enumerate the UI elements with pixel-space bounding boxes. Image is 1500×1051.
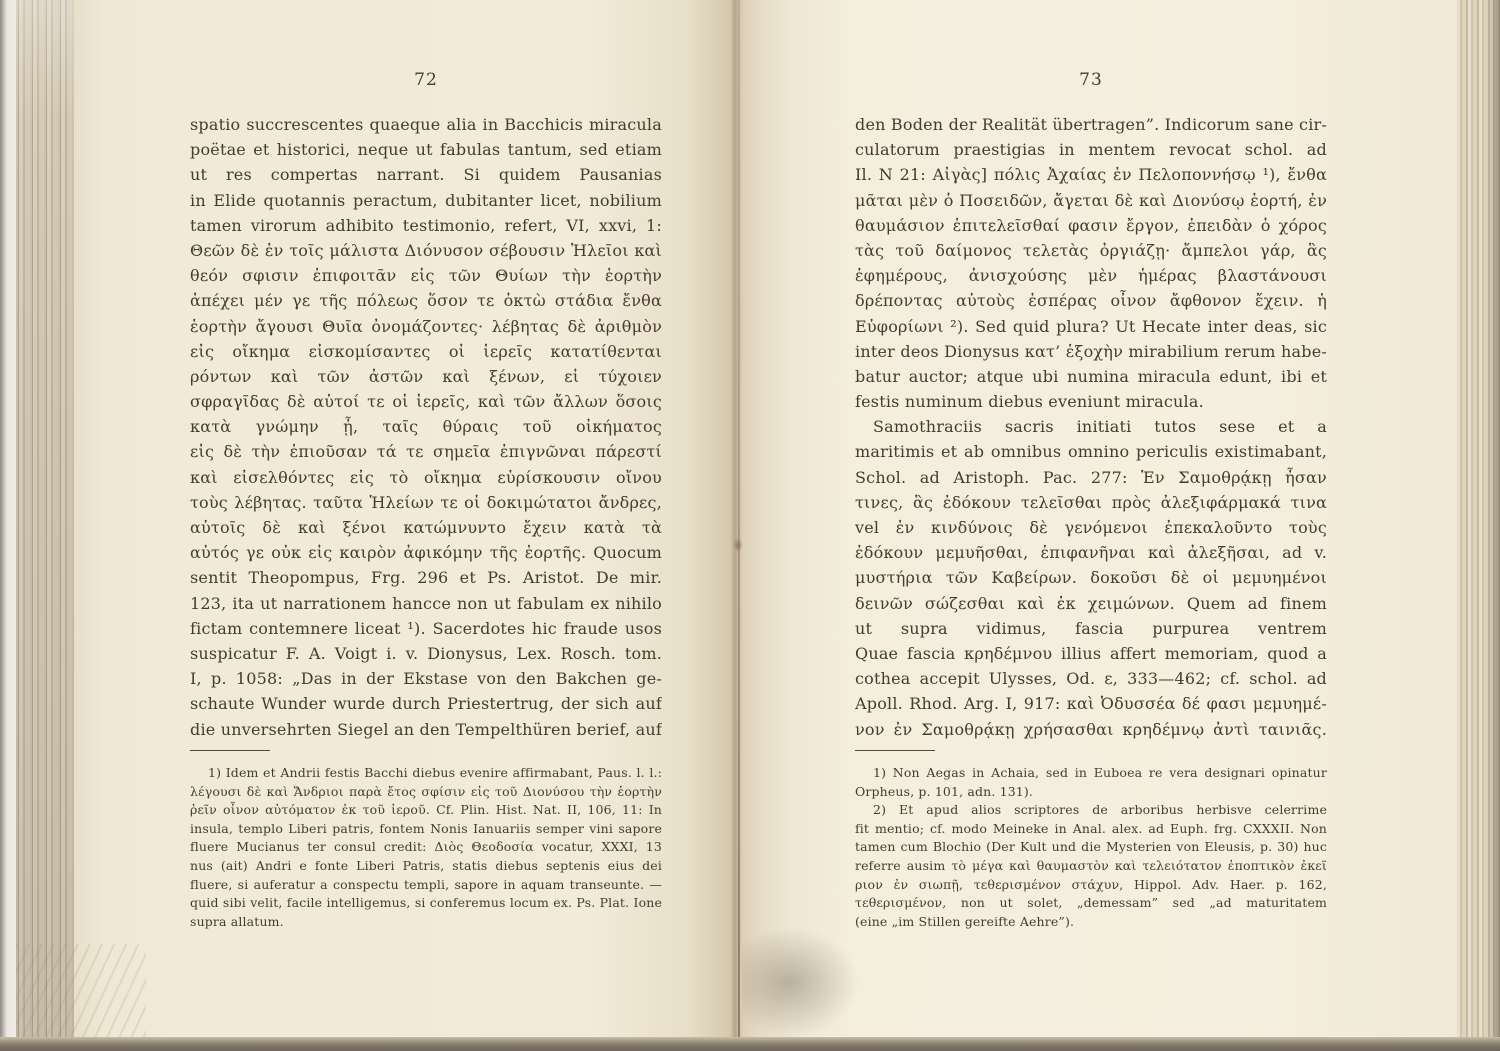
body-text-left-line: ἀπέχει μέν γε τῆς πόλεως ὅσον τε ὀκτὼ στ… bbox=[190, 288, 662, 313]
body-text-left-line: poëtae et historici, neque ut fabulas ta… bbox=[190, 137, 662, 162]
body-text-right-line: festis numinum diebus eveniunt miracula. bbox=[855, 389, 1327, 414]
body-text-right-line: ἐδόκουν μεμυῆσθαι, ἐπιφανῆναι καὶ ἀλεξῆσ… bbox=[855, 540, 1327, 565]
page-number-left: 72 bbox=[190, 70, 662, 90]
footnotes-left-line: insula, templo Liberi patris, fontem Non… bbox=[190, 820, 662, 839]
body-text-left-line: tamen virorum adhibito testimonio, refer… bbox=[190, 213, 662, 238]
body-text-left-line: αὐτοῖς δὲ καὶ ξένοι κατώμνυντο ἔχειν κατ… bbox=[190, 515, 662, 540]
body-text-left-line: 123, ita ut narrationem hancce non ut fa… bbox=[190, 591, 662, 616]
body-text-left-line: ἑορτὴν ἄγουσι Θυῖα ὀνομάζοντες· λέβητας … bbox=[190, 314, 662, 339]
footnotes-left-line: supra allatum. bbox=[190, 913, 662, 932]
binding-thread-knot bbox=[733, 538, 743, 552]
footnotes-right-line: referre ausim τὸ μέγα καὶ θαυμαστὸν καὶ … bbox=[855, 857, 1327, 876]
body-text-left-line: ρόντων καὶ τῶν ἀστῶν καὶ ξένων, εἰ τύχοι… bbox=[190, 364, 662, 389]
footnotes-left-line: λέγουσι δὲ καὶ Ἄνδριοι παρὰ ἔτος σφίσιν … bbox=[190, 783, 662, 802]
body-text-right-line: ut supra vidimus, fascia purpurea ventre… bbox=[855, 616, 1327, 641]
body-text-right-line: Quae fascia κρηδέμνου illius affert memo… bbox=[855, 641, 1327, 666]
body-text-left-line: sentit Theopompus, Frg. 296 et Ps. Arist… bbox=[190, 565, 662, 590]
body-text-left-line: εἰς δὲ τὴν ἐπιοῦσαν τά τε σημεῖα ἐπιγνῶν… bbox=[190, 439, 662, 464]
body-text-right-line: vel ἐν κινδύνοις δὲ γενόμενοι ἐπεκαλοῦντ… bbox=[855, 515, 1327, 540]
body-text-right-line: μυστήρια τῶν Καβείρων. δοκοῦσι δὲ οἱ μεμ… bbox=[855, 565, 1327, 590]
body-text-right-line: culatorum praestigias in mentem revocat … bbox=[855, 137, 1327, 162]
body-text-right-line: ἐφημέρους, ἀνισχούσης μὲν ἡμέρας βλαστάν… bbox=[855, 263, 1327, 288]
body-text-right-line: maritimis et ab omnibus omnino periculis… bbox=[855, 439, 1327, 464]
body-text-left-line: καὶ εἰσελθόντες εἰς τὸ οἴκημα εὑρίσκουσι… bbox=[190, 465, 662, 490]
footnotes-right-line: tamen cum Blochio (Der Kult und die Myst… bbox=[855, 838, 1327, 857]
body-text-right-line: batur auctor; atque ubi numina miracula … bbox=[855, 364, 1327, 389]
body-text-right-line: Schol. ad Aristoph. Pac. 277: Ἐν Σαμοθρᾴ… bbox=[855, 465, 1327, 490]
book-bottom-edge bbox=[0, 1037, 1500, 1051]
body-text-left: spatio succrescentes quaeque alia in Bac… bbox=[190, 112, 662, 742]
footnotes-right-line: (eine „im Stillen gereifte Aehre”). bbox=[855, 913, 1327, 932]
body-text-left-line: suspicatur F. A. Voigt i. v. Dionysus, L… bbox=[190, 641, 662, 666]
book-cover-edge-left bbox=[0, 0, 16, 1051]
body-text-right-line: νον ἐν Σαμοθρᾴκῃ χρήσασθαι κρηδέμνῳ ἀντὶ… bbox=[855, 717, 1327, 742]
body-text-right: den Boden der Realität übertragen”. Indi… bbox=[855, 112, 1327, 742]
footnotes-right-line: 1) Non Aegas in Achaia, sed in Euboea re… bbox=[855, 764, 1327, 783]
body-text-right-line: inter deos Dionysus κατ’ ἐξοχὴν mirabili… bbox=[855, 339, 1327, 364]
footnotes-left-line: quid sibi velit, facile intelligemus, si… bbox=[190, 894, 662, 913]
body-text-right-line: Εὐφορίωνι ²). Sed quid plura? Ut Hecate … bbox=[855, 314, 1327, 339]
body-text-left-line: σφραγῖδας δὲ αὐτοί τε οἱ ἱερεῖς, καὶ τῶν… bbox=[190, 389, 662, 414]
footnotes-left-line: ῥεῖν οἶνον αὐτόματον ἐκ τοῦ ἱεροῦ. Cf. P… bbox=[190, 801, 662, 820]
footnotes-left-line: fluere, si auferatur a conspectu templi,… bbox=[190, 876, 662, 895]
body-text-right-line: cothea accepit Ulysses, Od. ε, 333—462; … bbox=[855, 666, 1327, 691]
body-text-left-line: in Elide quotannis peractum, dubitanter … bbox=[190, 188, 662, 213]
body-text-left-line: ut res compertas narrant. Si quidem Paus… bbox=[190, 162, 662, 187]
body-text-right-line: den Boden der Realität übertragen”. Indi… bbox=[855, 112, 1327, 137]
body-text-right-line: Samothraciis sacris initiati tutos sese … bbox=[855, 414, 1327, 439]
footnotes-right-line: τεθερισμένον, non ut solet, „demessam” s… bbox=[855, 894, 1327, 913]
body-text-right-line: δρέποντας αὐτοὺς ἑσπέρας οἶνον ἄφθονον ἔ… bbox=[855, 288, 1327, 313]
page-number-right: 73 bbox=[855, 70, 1327, 90]
body-text-left-line: αὐτός γε οὐκ εἰς καιρὸν ἀφικόμην τῆς ἑορ… bbox=[190, 540, 662, 565]
body-text-right-line: τινες, ἃς ἐδόκουν τελεῖσθαι πρὸς ἀλεξιφά… bbox=[855, 490, 1327, 515]
body-text-left-line: θεόν σφισιν ἐπιφοιτᾶν εἰς τῶν Θυίων τὴν … bbox=[190, 263, 662, 288]
body-text-left-line: fictam contemnere liceat ¹). Sacerdotes … bbox=[190, 616, 662, 641]
body-text-left-line: κατὰ γνώμην ᾖ, ταῖς θύραις τοῦ οἰκήματος… bbox=[190, 414, 662, 439]
footnotes-right: 1) Non Aegas in Achaia, sed in Euboea re… bbox=[855, 764, 1327, 931]
footnotes-left-line: 1) Idem et Andrii festis Bacchi diebus e… bbox=[190, 764, 662, 783]
body-text-left-line: schaute Wunder wurde durch Priestertrug,… bbox=[190, 691, 662, 716]
body-text-right-line: δεινῶν σώζεσθαι καὶ ἐκ χειμώνων. Quem ad… bbox=[855, 591, 1327, 616]
footnotes-right-line: ριον ἐν σιωπῇ, τεθερισμένον στάχυν, Hipp… bbox=[855, 876, 1327, 895]
footnotes-left: 1) Idem et Andrii festis Bacchi diebus e… bbox=[190, 764, 662, 931]
footnotes-right-line: 2) Et apud alios scriptores de arboribus… bbox=[855, 801, 1327, 820]
footnotes-right-line: fit mentio; cf. modo Meineke in Anal. al… bbox=[855, 820, 1327, 839]
book-gutter-shadow bbox=[688, 0, 792, 1051]
body-text-right-line: θαυμάσιον ἐπιτελεῖσθαί φασιν ἔργον, ἐπει… bbox=[855, 213, 1327, 238]
gutter-smudge bbox=[742, 925, 862, 1040]
body-text-left-line: die unversehrten Siegel an den Tempelthü… bbox=[190, 717, 662, 742]
stacked-page-edges-right bbox=[1457, 0, 1500, 1051]
footnote-separator-left bbox=[190, 750, 270, 751]
book-scan: 72 spatio succrescentes quaeque alia in … bbox=[0, 0, 1500, 1051]
footnotes-left-line: fluere Mucianus ter consul credit: Διὸς … bbox=[190, 838, 662, 857]
body-text-right-line: Apoll. Rhod. Arg. I, 917: καὶ Ὀδυσσέα δέ… bbox=[855, 691, 1327, 716]
footnotes-left-line: nus (ait) Andri e fonte Liberi Patris, s… bbox=[190, 857, 662, 876]
body-text-right-line: τὰς τοῦ δαίμονος τελετὰς ὀργιάζῃ· ἄμπελο… bbox=[855, 238, 1327, 263]
body-text-left-line: spatio succrescentes quaeque alia in Bac… bbox=[190, 112, 662, 137]
body-text-right-line: Il. N 21: Αἰγὰς] πόλις Ἀχαίας ἐν Πελοπον… bbox=[855, 162, 1327, 187]
body-text-left-line: Θεῶν δὲ ἐν τοῖς μάλιστα Διόνυσον σέβουσι… bbox=[190, 238, 662, 263]
body-text-left-line: τοὺς λέβητας. ταῦτα Ἡλείων τε οἱ δοκιμώτ… bbox=[190, 490, 662, 515]
footnotes-right-line: Orpheus, p. 101, adn. 131). bbox=[855, 783, 1327, 802]
page-corner-fan bbox=[16, 944, 146, 1039]
body-text-left-line: εἰς οἴκημα εἰσκομίσαντες οἱ ἱερεῖς κατατ… bbox=[190, 339, 662, 364]
binding-thread bbox=[738, 0, 740, 1051]
footnote-separator-right bbox=[855, 750, 935, 751]
body-text-left-line: I, p. 1058: „Das in der Ekstase von den … bbox=[190, 666, 662, 691]
body-text-right-line: μᾶται μὲν ὁ Ποσειδῶν, ἄγεται δὲ καὶ Διον… bbox=[855, 188, 1327, 213]
stacked-page-edges-left bbox=[16, 0, 74, 1051]
